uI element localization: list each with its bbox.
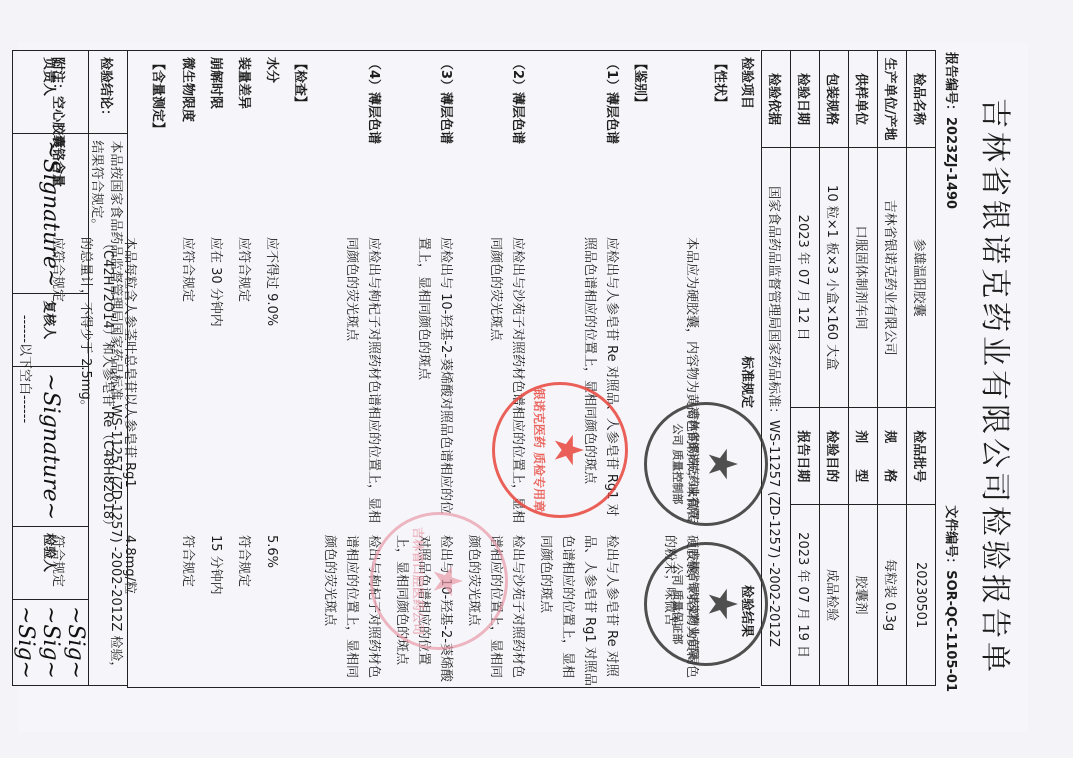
star-icon: ★ [702, 545, 742, 663]
test-standard: 应检出与枸杞子对照药材色谱相应的位置上，显相同颜色的荧光斑点 [340, 237, 384, 527]
test-result: 15 分钟内 [204, 527, 226, 687]
conclusion-label: 检验结论： [89, 51, 128, 134]
star-icon: ★ [428, 527, 468, 635]
test-item: （2）薄层色谱 [506, 51, 528, 237]
manufacturer-label: 生产单位/产地 [878, 51, 907, 148]
responsible-signature: ~Signature~ [13, 134, 89, 294]
result-row: 装量差异应符合规定符合规定 [232, 51, 254, 687]
document-number: 文件编号：SOR-QC-1105-01 [943, 505, 962, 692]
test-result: 5.6% [260, 527, 282, 687]
dosage-form: 胶囊剂 [849, 505, 878, 686]
test-item: 微生物限度 [176, 51, 198, 237]
inspector-signature: ~Sig~ ~Sig~ ~Sig~ [13, 599, 89, 685]
supplier-label: 供样单位 [849, 51, 878, 148]
col-item-header: 检验项目 [740, 51, 759, 237]
test-result: 符合规定 [176, 527, 198, 687]
test-result: 检出与人参皂苷 Re 对照品、人参皂苷 Rg1 对照品色谱相应的位置上，显相同颜… [534, 527, 622, 687]
result-row: 水分应不得过 9.0%5.6% [260, 51, 282, 687]
responsible-label: 负责人 [13, 51, 89, 134]
test-item: （4）薄层色谱 [362, 51, 384, 237]
batch-number: 20230501 [907, 505, 936, 686]
test-purpose: 成品检验 [820, 505, 849, 686]
test-item: （1）薄层色谱 [600, 51, 622, 237]
test-standard: 应符合规定 [232, 237, 254, 527]
inspection-seal-text: 银诺克医药 质检专用章 [533, 388, 547, 512]
test-result: 符合规定 [232, 527, 254, 687]
report-date: 2023 年 07 月 19 日 [791, 505, 820, 686]
report-title: 吉林省银诺克药业有限公司检验报告单 [976, 42, 1020, 732]
package-spec: 10 粒×1 板×3 小盒×160 大盒 [820, 148, 849, 408]
pink-seal: ★吉林省口腔医药公司 [370, 512, 508, 650]
test-item: （3）薄层色谱 [434, 51, 456, 237]
report-number: 报告编号：2023ZJ-1490 [943, 52, 962, 209]
qa-dept-stamp: ★吉林省银诺克药业有限公司 质量保证部 [644, 542, 768, 666]
spec-label: 规 格 [878, 408, 907, 505]
star-icon: ★ [549, 388, 589, 512]
test-standard: 应在 30 分钟内 [204, 237, 226, 527]
qc-dept-stamp: ★吉林省银诺克药业有限公司 质量控制部 [644, 402, 768, 526]
batch-label: 检品批号 [907, 408, 936, 505]
reviewer-signature: ~Signature~ [13, 367, 89, 527]
product-name: 参雄温阳胶囊 [907, 148, 936, 408]
qa-dept-stamp-text: 吉林省银诺克药业有限公司 质量保证部 [671, 549, 700, 659]
result-row: （1）薄层色谱应检出与人参皂苷 Re 对照品、人参皂苷 Rg1 对照品色谱相应的… [534, 51, 622, 687]
star-icon: ★ [702, 405, 742, 523]
document-number-label: 文件编号： [943, 505, 958, 570]
result-row: 微生物限度应符合规定符合规定 [176, 51, 198, 687]
basis-label: 检验依据 [762, 51, 791, 148]
conclusion: 本品按国家食品药品监督管理局国家药品标准 WS-11257 (ZD-1257) … [89, 134, 128, 686]
result-row: 崩解时限应在 30 分钟内15 分钟内 [204, 51, 226, 687]
manufacturer: 吉林省银诺克药业有限公司 [878, 148, 907, 408]
test-standard: 应检出与 10-羟基-2-葵烯酸对照品色谱相应的位置上，显相同颜色的斑点 [412, 237, 456, 527]
reviewer-label: 复核人 [13, 294, 89, 367]
supplier: 口服固体制剂车间 [849, 148, 878, 408]
document-number-value: SOR-QC-1105-01 [943, 570, 958, 692]
section-title: 【含量测定】 [146, 51, 168, 687]
report-number-label: 报告编号： [943, 52, 958, 117]
product-name-label: 检品名称 [907, 51, 936, 148]
purpose-label: 检验目的 [820, 408, 849, 505]
report-number-value: 2023ZJ-1490 [943, 117, 958, 209]
report-date-label: 报告日期 [791, 408, 820, 505]
section-title: 【检查】 [288, 51, 310, 687]
test-date: 2023 年 07 月 12 日 [791, 148, 820, 408]
test-standard: 应不得过 9.0% [260, 237, 282, 527]
qc-dept-stamp-text: 吉林省银诺克药业有限公司 质量控制部 [671, 409, 700, 519]
inspector-label: 检验人 [13, 527, 89, 600]
test-item: 崩解时限 [204, 51, 226, 237]
test-item: 装量差异 [232, 51, 254, 237]
inspection-seal: ★银诺克医药 质检专用章 [492, 382, 628, 518]
test-standard: 应符合规定 [176, 237, 198, 527]
dosage-form-label: 剂 型 [849, 408, 878, 505]
product-info-table: 检品名称 参雄温阳胶囊 检品批号 20230501 生产单位/产地 吉林省银诺克… [761, 50, 936, 686]
pink-seal-text: 吉林省口腔医药公司 [412, 527, 426, 635]
package-label: 包装规格 [820, 51, 849, 148]
test-date-label: 检验日期 [791, 51, 820, 148]
spec: 每粒装 0.3g [878, 505, 907, 686]
test-item: 水分 [260, 51, 282, 237]
inspection-report-page: 吉林省银诺克药业有限公司检验报告单 报告编号：2023ZJ-1490 文件编号：… [18, 42, 1028, 732]
footer-table: 检验结论： 本品按国家食品药品监督管理局国家药品标准 WS-11257 (ZD-… [12, 50, 128, 686]
